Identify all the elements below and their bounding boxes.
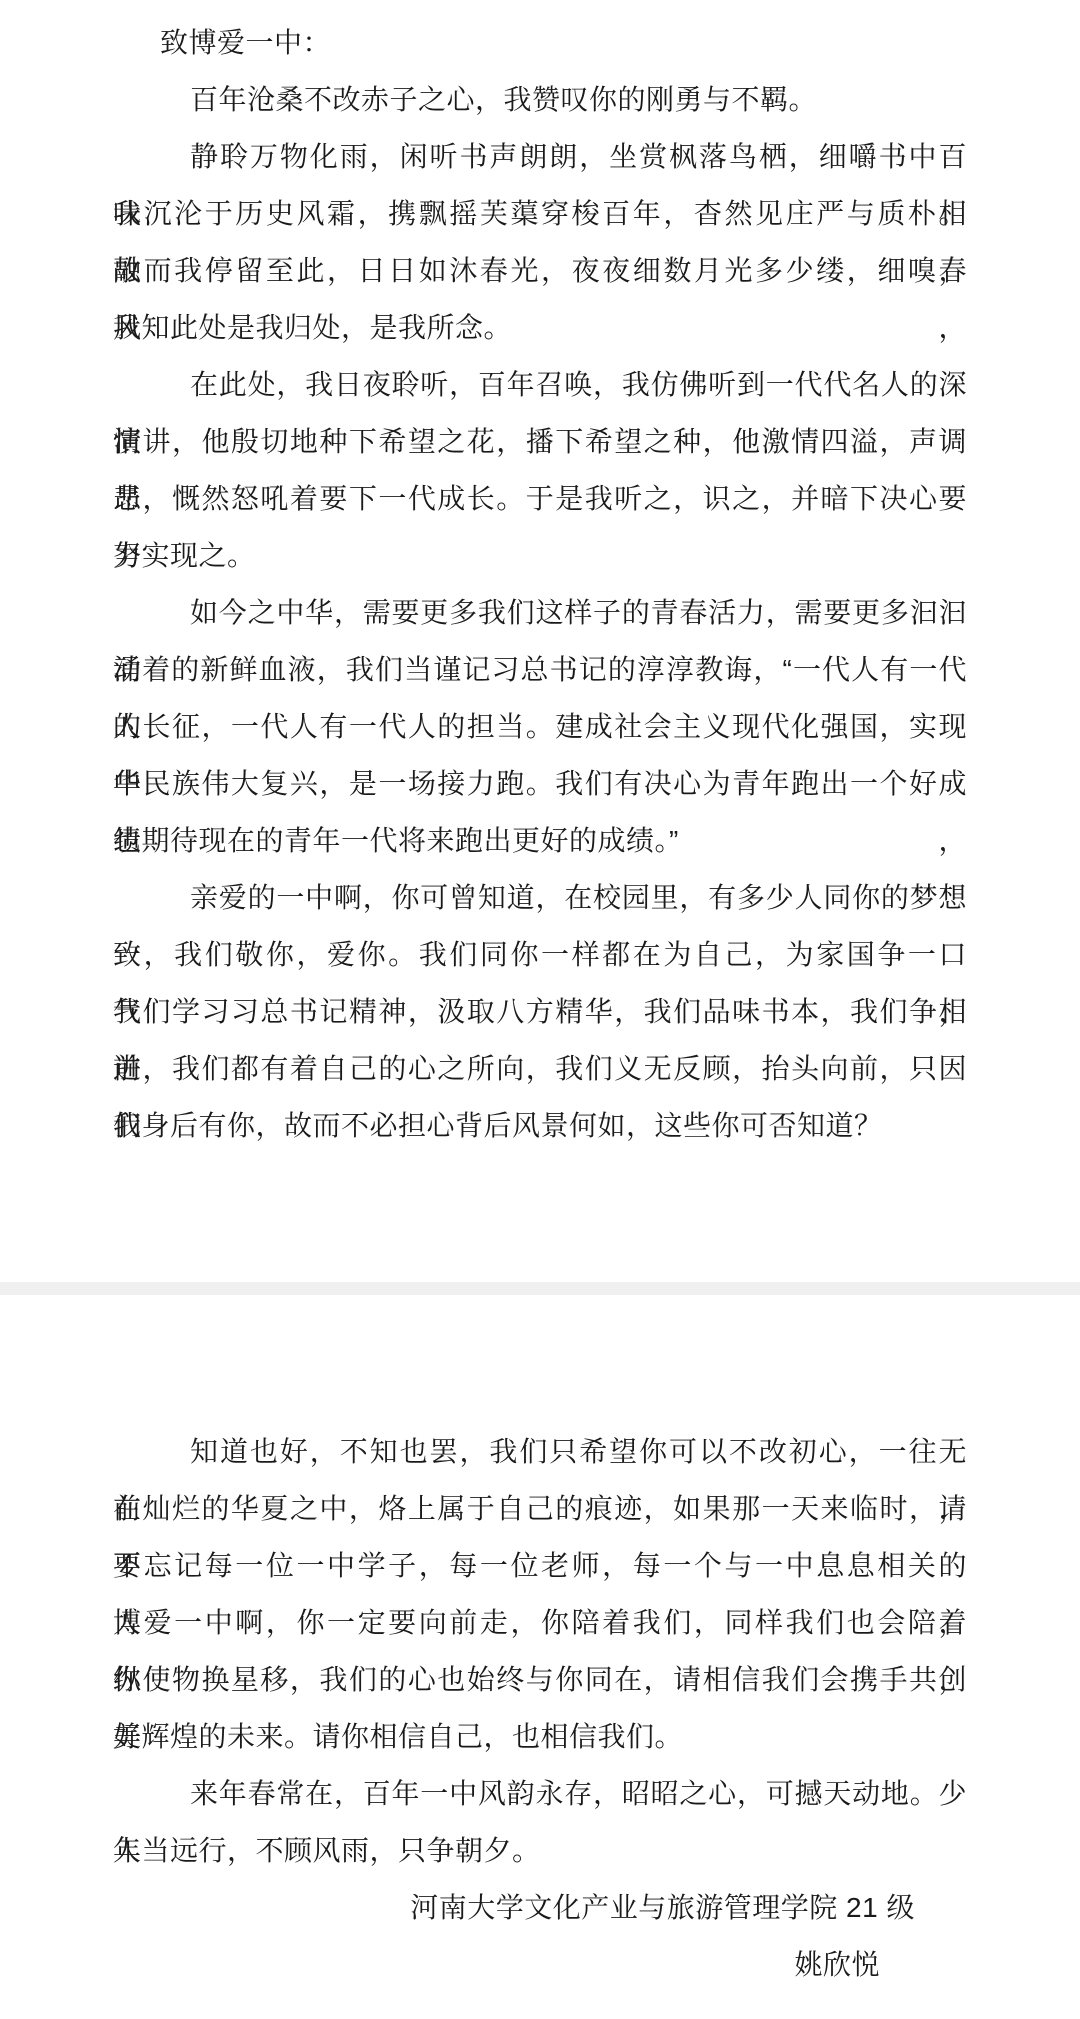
letter-line: 进，我们都有着自己的心之所向，我们义无反顾，抬头向前，只因我 [113, 1040, 967, 1097]
letter-line: 亲爱的一中啊，你可曾知道，在校园里，有多少人同你的梦想一 [113, 869, 967, 926]
paragraph: 百年沧桑不改赤子之心，我赞叹你的刚勇与不羁。 [113, 71, 967, 128]
letter-page-2: 知道也好，不知也罢，我们只希望你可以不改初心，一往无前， 在灿烂的华夏之中，烙上… [0, 1295, 1080, 1993]
signature-name: 姚欣悦 [113, 1936, 967, 1993]
page-break-divider [0, 1282, 1080, 1295]
letter-line: 演讲，他殷切地种下希望之花，播下希望之种，他激情四溢，声调悲 [113, 413, 967, 470]
letter-line: 在灿烂的华夏之中，烙上属于自己的痕迹，如果那一天来临时，请不 [113, 1480, 967, 1537]
letter-line: 们身后有你，故而不必担心背后风景何如，这些你可否知道？ [113, 1097, 967, 1154]
signature-affiliation: 河南大学文化产业与旅游管理学院 21 级 [113, 1879, 967, 1936]
letter-line: 致，我们敬你，爱你。我们同你一样都在为自己，为家国争一口气， [113, 926, 967, 983]
paragraph: 静聆万物化雨，闲听书声朗朗，坐赏枫落鸟栖，细嚼书中百味。 我沉沦于历史风霜，携飘… [113, 128, 967, 356]
letter-line: 纵使物换星移，我们的心也始终与你同在，请相信我们会携手共创美 [113, 1651, 967, 1708]
letter-line: 力实现之。 [113, 527, 967, 584]
letter-line: 知道也好，不知也罢，我们只希望你可以不改初心，一往无前， [113, 1423, 967, 1480]
letter-line: 博爱一中啊，你一定要向前走，你陪着我们，同样我们也会陪着你， [113, 1594, 967, 1651]
paragraph: 在此处，我日夜聆听，百年召唤，我仿佛听到一代代名人的深情 演讲，他殷切地种下希望… [113, 356, 967, 584]
paragraph: 如今之中华，需要更多我们这样子的青春活力，需要更多汩汩涌 动着的新鲜血液，我们当… [113, 584, 967, 869]
letter-line: 华民族伟大复兴，是一场接力跑。我们有决心为青年跑出一个好成绩， [113, 755, 967, 812]
letter-line: 好辉煌的未来。请你相信自己，也相信我们。 [113, 1708, 967, 1765]
letter-line: 故而我停留至此，日日如沐春光，夜夜细数月光多少缕，细嗅春风， [113, 242, 967, 299]
letter-line: 昂，慨然怒吼着要下一代成长。于是我听之，识之，并暗下决心要努 [113, 470, 967, 527]
letter-line: 动着的新鲜血液，我们当谨记习总书记的淳淳教诲，“一代人有一代人 [113, 641, 967, 698]
letter-line: 我们学习习总书记精神，汲取八方精华，我们品味书本，我们争相前 [113, 983, 967, 1040]
letter-line: 我沉沦于历史风霜，携飘摇芙蕖穿梭百年，杳然见庄严与质朴相融， [113, 185, 967, 242]
letter-line: 静聆万物化雨，闲听书声朗朗，坐赏枫落鸟栖，细嚼书中百味。 [113, 128, 967, 185]
letter-line: 的长征，一代人有一代人的担当。建成社会主义现代化强国，实现中 [113, 698, 967, 755]
letter-line: 百年沧桑不改赤子之心，我赞叹你的刚勇与不羁。 [113, 71, 967, 128]
paragraph: 亲爱的一中啊，你可曾知道，在校园里，有多少人同你的梦想一 致，我们敬你，爱你。我… [113, 869, 967, 1154]
letter-line: 在此处，我日夜聆听，百年召唤，我仿佛听到一代代名人的深情 [113, 356, 967, 413]
letter-line: 如今之中华，需要更多我们这样子的青春活力，需要更多汩汩涌 [113, 584, 967, 641]
letter-line: 来年春常在，百年一中风韵永存，昭昭之心，可撼天动地。少年 [113, 1765, 967, 1822]
letter-page-1: 致博爱一中： 百年沧桑不改赤子之心，我赞叹你的刚勇与不羁。 静聆万物化雨，闲听书… [0, 0, 1080, 1282]
letter-line: 要忘记每一位一中学子，每一位老师，每一个与一中息息相关的人， [113, 1537, 967, 1594]
signature-block: 河南大学文化产业与旅游管理学院 21 级 姚欣悦 [113, 1879, 967, 1993]
paragraph: 知道也好，不知也罢，我们只希望你可以不改初心，一往无前， 在灿烂的华夏之中，烙上… [113, 1423, 967, 1765]
paragraph: 来年春常在，百年一中风韵永存，昭昭之心，可撼天动地。少年 人当远行，不顾风雨，只… [113, 1765, 967, 1879]
letter-line: 人当远行，不顾风雨，只争朝夕。 [113, 1822, 967, 1879]
letter-salutation: 致博爱一中： [160, 14, 967, 71]
